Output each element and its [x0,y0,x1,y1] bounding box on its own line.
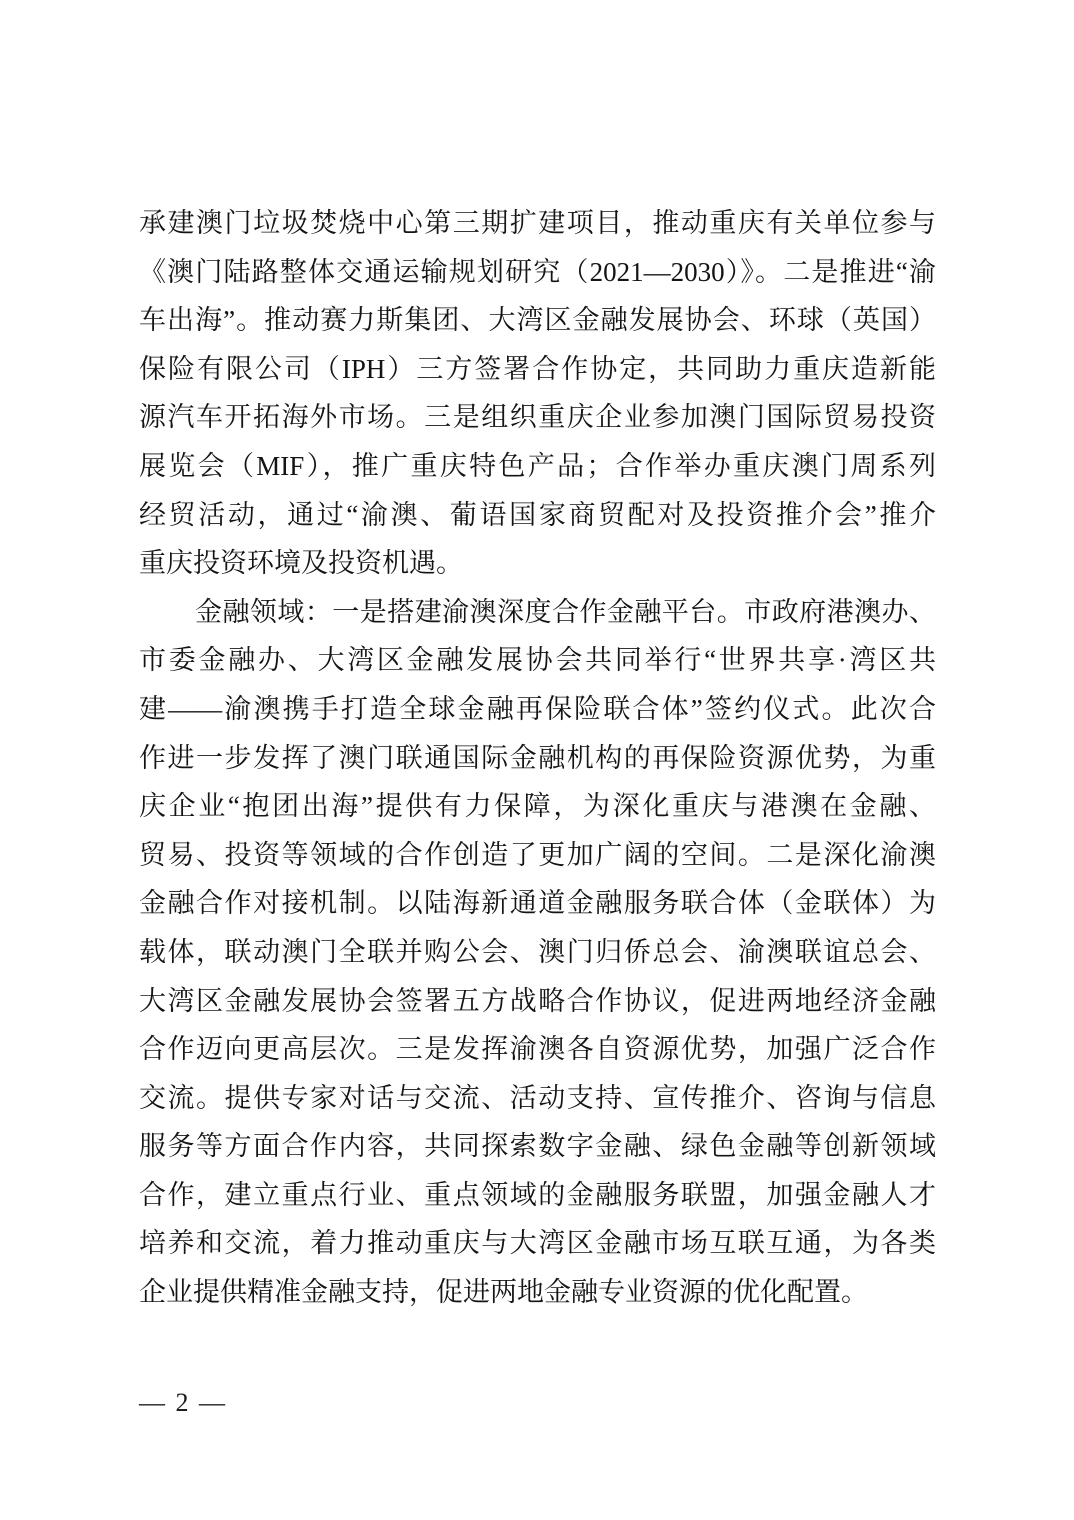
text-line: 合作，建立重点行业、重点领域的金融服务联盟，加强金融人才 [139,1171,936,1220]
text-line: 金融领域：一是搭建渝澳深度合作金融平台。市政府港澳办、 [139,588,936,637]
text-line: 经贸活动，通过“渝澳、葡语国家商贸配对及投资推介会”推介 [139,491,936,540]
text-line: 合作迈向更高层次。三是发挥渝澳各自资源优势，加强广泛合作 [139,1025,936,1074]
text-line: 交流。提供专家对话与交流、活动支持、宣传推介、咨询与信息 [139,1074,936,1123]
text-line: 保险有限公司（IPH）三方签署合作协定，共同助力重庆造新能 [139,345,936,394]
text-line: 金融合作对接机制。以陆海新通道金融服务联合体（金联体）为 [139,879,936,928]
text-line: 展览会（MIF），推广重庆特色产品；合作举办重庆澳门周系列 [139,442,936,491]
document-page: 承建澳门垃圾焚烧中心第三期扩建项目，推动重庆有关单位参与《澳门陆路整体交通运输规… [0,0,1074,1520]
text-line: 建——渝澳携手打造全球金融再保险联合体”签约仪式。此次合 [139,685,936,734]
text-line: 车出海”。推动赛力斯集团、大湾区金融发展协会、环球（英国） [139,296,936,345]
text-line: 贸易、投资等领域的合作创造了更加广阔的空间。二是深化渝澳 [139,831,936,880]
text-line: 承建澳门垃圾焚烧中心第三期扩建项目，推动重庆有关单位参与 [139,199,936,248]
text-line: 市委金融办、大湾区金融发展协会共同举行“世界共享·湾区共 [139,636,936,685]
text-line: 载体，联动澳门全联并购公会、澳门归侨总会、渝澳联谊总会、 [139,928,936,977]
text-line: 重庆投资环境及投资机遇。 [139,539,936,588]
text-block: 承建澳门垃圾焚烧中心第三期扩建项目，推动重庆有关单位参与《澳门陆路整体交通运输规… [139,199,936,1317]
text-line: 作进一步发挥了澳门联通国际金融机构的再保险资源优势，为重 [139,734,936,783]
text-line: 培养和交流，着力推动重庆与大湾区金融市场互联互通，为各类 [139,1219,936,1268]
text-line: 服务等方面合作内容，共同探索数字金融、绿色金融等创新领域 [139,1122,936,1171]
text-line: 企业提供精准金融支持，促进两地金融专业资源的优化配置。 [139,1268,936,1317]
text-line: 源汽车开拓海外市场。三是组织重庆企业参加澳门国际贸易投资 [139,393,936,442]
page-number: — 2 — [139,1388,227,1418]
text-line: 大湾区金融发展协会签署五方战略合作协议，促进两地经济金融 [139,977,936,1026]
text-line: 庆企业“抱团出海”提供有力保障，为深化重庆与港澳在金融、 [139,782,936,831]
text-line: 《澳门陆路整体交通运输规划研究（2021—2030）》。二是推进“渝 [139,248,936,297]
